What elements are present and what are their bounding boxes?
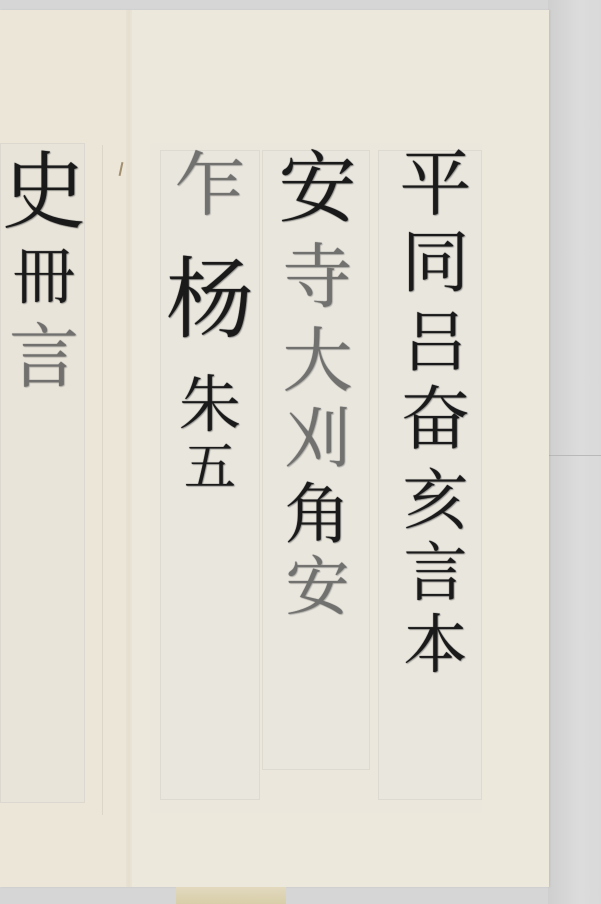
fold-line [102,145,103,815]
glyph: 刈 [285,406,351,472]
glyph: 言 [9,322,79,392]
glyph-column-4: 史 冊 言 [0,150,94,392]
scan-background [548,0,601,904]
glyph: 平 [399,148,471,220]
glyph: 奋 [401,384,471,454]
glyph: 史 [2,150,86,234]
glyph: 本 [404,614,468,678]
glyph-column-2: 安 寺 大 刈 角 安 [270,150,365,620]
glyph: 言 [404,542,468,606]
glyph-column-1: 平 同 吕 奋 亥 言 本 [388,148,483,678]
glyph-column-3: 乍 杨 朱 五 [160,150,260,494]
glyph: 杨 [166,256,254,344]
bookmark-tab [176,887,286,904]
glyph: 安 [286,556,350,620]
glyph: 吕 [403,310,469,376]
page-fold [126,10,132,887]
glyph: 冊 [13,246,75,308]
glyph: 亥 [403,468,469,534]
glyph: 大 [283,326,353,396]
glyph: 朱 [179,374,241,436]
glyph: 五 [184,442,236,494]
glyph: 角 [285,482,351,548]
background-line [548,455,601,456]
glyph: 乍 [175,150,245,220]
glyph: 同 [401,230,469,298]
glyph: 安 [278,150,356,228]
glyph: 寺 [283,242,353,312]
